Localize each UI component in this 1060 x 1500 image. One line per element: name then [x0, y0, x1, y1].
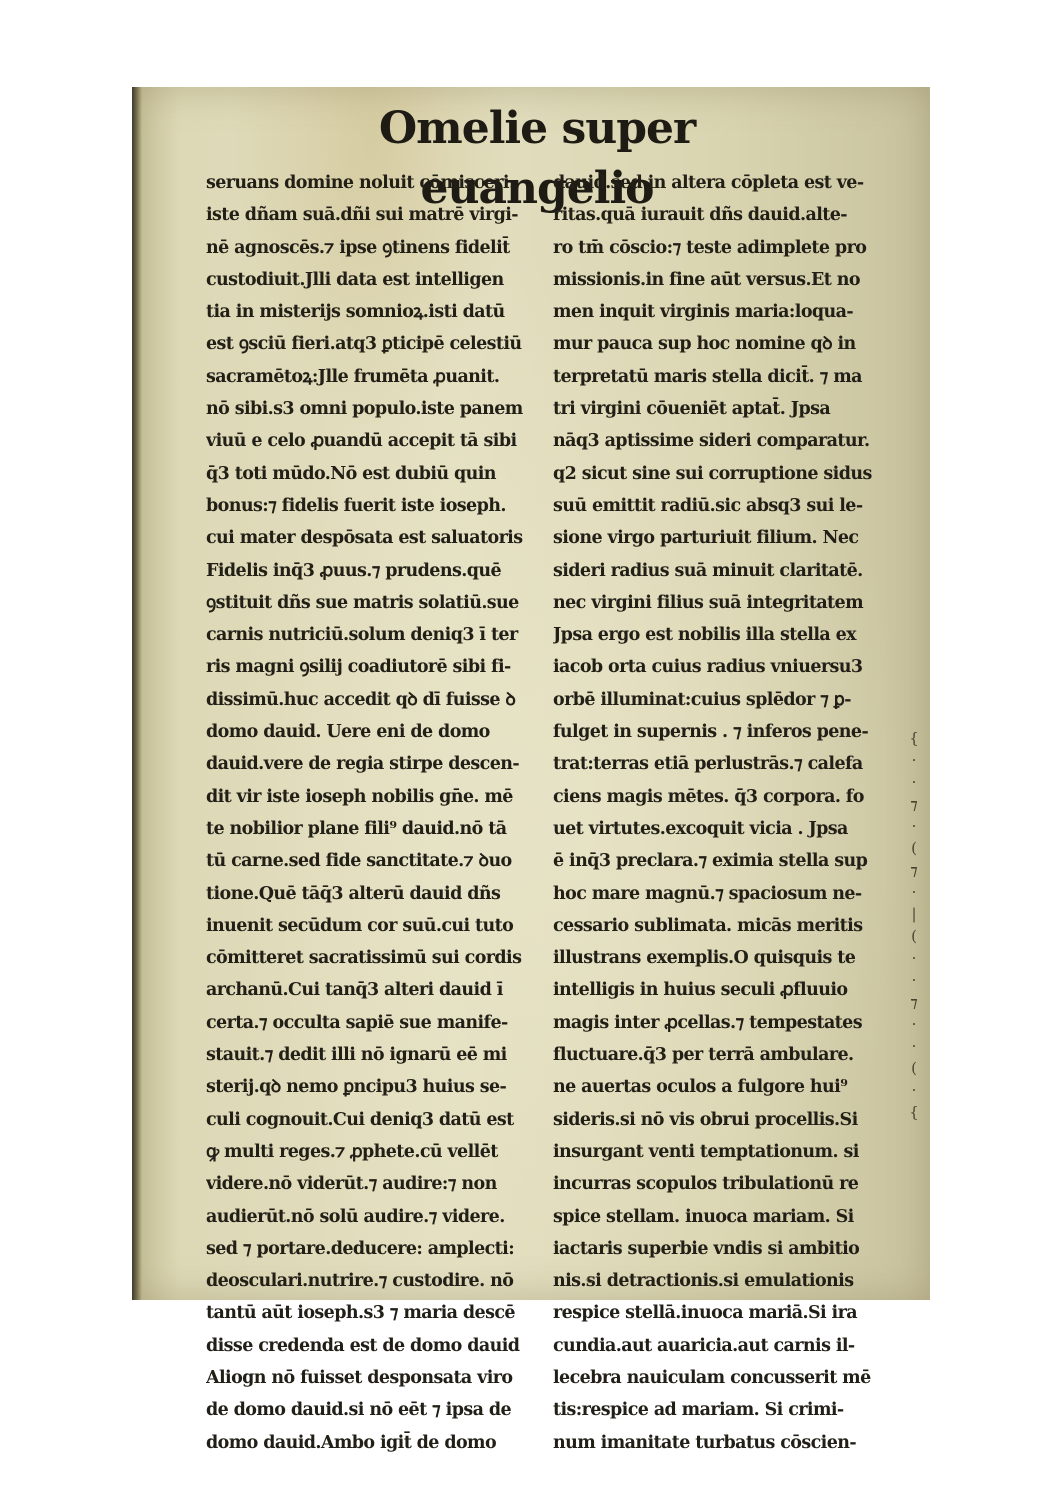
text-line: incurras scopulos tribulationū re: [553, 1168, 888, 1200]
margin-mark: ·: [908, 771, 920, 793]
text-line: orbē illuminat:cuius splēdor ⁊ ꝑ-: [553, 684, 888, 716]
text-line: respice stellā.inuoca mariā.Si ira: [553, 1297, 888, 1329]
text-line: cui mater despōsata est saluatoris: [206, 522, 546, 554]
margin-annotations: {··⁊·(⁊·|(··⁊··(·{: [908, 727, 920, 1127]
text-line: tri virgini cōueniēt aptat̄. Jpsa: [553, 393, 888, 425]
text-line: seruans domine noluit cōmisceri.: [206, 167, 546, 199]
text-line: cundia.aut auaricia.aut carnis il-: [553, 1330, 888, 1362]
text-line: bonus:⁊ fidelis fuerit iste ioseph.: [206, 490, 546, 522]
text-line: sione virgo parturiuit filium. Nec: [553, 522, 888, 554]
text-line: certa.⁊ occulta sapiē sue manife-: [206, 1007, 546, 1039]
text-line: insurgant venti temptationum. si: [553, 1136, 888, 1168]
text-line: tis:respice ad mariam. Si crimi-: [553, 1394, 888, 1426]
text-line: tantū aūt ioseph.s3 ⁊ maria descē: [206, 1297, 546, 1329]
text-line: hoc mare magnū.⁊ spaciosum ne-: [553, 878, 888, 910]
text-line: magis inter ꝓcellas.⁊ tempestates: [553, 1007, 888, 1039]
text-line: culi cognouit.Cui deniq3 datū est: [206, 1104, 546, 1136]
text-line: viuū e celo ꝓuandū accepit tā sibi: [206, 425, 546, 457]
margin-mark: (: [908, 1057, 920, 1079]
text-line: ciens magis mētes. q̄3 corpora. fo: [553, 781, 888, 813]
text-line: missionis.in fine aūt versus.Et no: [553, 264, 888, 296]
text-line: est ꝯsciū fieri.atq3 ꝑticipē celestiū: [206, 328, 546, 360]
text-line: Jpsa ergo est nobilis illa stella ex: [553, 619, 888, 651]
text-line: domo dauid.Ambo igit̄ de domo: [206, 1427, 546, 1459]
text-line: q2 sicut sine sui corruptione sidus: [553, 458, 888, 490]
text-line: nō sibi.s3 omni populo.iste panem: [206, 393, 546, 425]
margin-mark: |: [908, 903, 920, 925]
footer-mark: c: [586, 1272, 593, 1287]
text-line: nāq3 aptissime sideri comparatur.: [553, 425, 888, 457]
margin-mark: (: [908, 925, 920, 947]
margin-mark: ·: [908, 947, 920, 969]
margin-mark: ·: [908, 969, 920, 991]
text-line: illustrans exemplis.O quisquis te: [553, 942, 888, 974]
text-line: te nobilior plane fili⁹ dauid.nō tā: [206, 813, 546, 845]
text-line: sed ⁊ portare.deducere: amplecti:: [206, 1233, 546, 1265]
text-line: ritas.quā iurauit dñs dauid.alte-: [553, 199, 888, 231]
text-line: iste dñam suā.dñi sui matrē virgi-: [206, 199, 546, 231]
text-line: mur pauca sup hoc nomine qꝺ in: [553, 328, 888, 360]
text-line: de domo dauid.si nō eēt ⁊ ipsa de: [206, 1394, 546, 1426]
text-line: sideris.si nō vis obrui procellis.Si: [553, 1104, 888, 1136]
text-line: Fidelis inq̄3 ꝓuus.⁊ prudens.quē: [206, 555, 546, 587]
text-line: dit vir iste ioseph nobilis gn̄e. mē: [206, 781, 546, 813]
page-spine-edge: [132, 87, 142, 1300]
text-line: dauid.sed in altera cōpleta est ve-: [553, 167, 888, 199]
text-line: lecebra nauiculam concusserit mē: [553, 1362, 888, 1394]
scanned-page: Omelie super euangelio seruans domine no…: [132, 87, 930, 1300]
margin-mark: ·: [908, 1013, 920, 1035]
margin-mark: ⁊: [908, 859, 920, 881]
text-line: deosculari.nutrire.⁊ custodire. nō: [206, 1265, 546, 1297]
text-line: cessario sublimata. micās meritis: [553, 910, 888, 942]
text-line: videre.nō viderūt.⁊ audire:⁊ non: [206, 1168, 546, 1200]
text-line: ꝯstituit dñs sue matris solatiū.sue: [206, 587, 546, 619]
margin-mark: {: [908, 1101, 920, 1123]
margin-mark: {: [908, 727, 920, 749]
margin-mark: ·: [908, 749, 920, 771]
margin-mark: ·: [908, 815, 920, 837]
text-line: nē agnoscēs.⁊ ipse ꝯtinens fidelit̄: [206, 232, 546, 264]
text-line: dauid.vere de regia stirpe descen-: [206, 748, 546, 780]
text-line: trat:terras etiā perlustrās.⁊ calefa: [553, 748, 888, 780]
text-line: custodiuit.Jlli data est intelligen: [206, 264, 546, 296]
text-line: dissimū.huc accedit qꝺ dī fuisse ꝺ: [206, 684, 546, 716]
text-line: Aliogn nō fuisset desponsata viro: [206, 1362, 546, 1394]
margin-mark: ·: [908, 881, 920, 903]
text-line: ris magni ꝯsilij coadiutorē sibi fi-: [206, 651, 546, 683]
margin-mark: ⁊: [908, 991, 920, 1013]
text-line: sacramētoꝝ:Jlle frumēta ꝓuanit.: [206, 361, 546, 393]
text-line: archanū.Cui tanq̄3 alteri dauid ī: [206, 974, 546, 1006]
text-line: sterij.qꝺ nemo ꝑncipu3 huius se-: [206, 1071, 546, 1103]
text-line: tione.Quē tāq̄3 alterū dauid dñs: [206, 878, 546, 910]
text-line: tia in misterijs somnioꝝ.isti datū: [206, 296, 546, 328]
margin-mark: ·: [908, 1035, 920, 1057]
text-line: num imanitate turbatus cōscien-: [553, 1427, 888, 1459]
text-line: domo dauid. Uere eni de domo: [206, 716, 546, 748]
text-line: inuenit secūdum cor suū.cui tuto: [206, 910, 546, 942]
margin-mark: ·: [908, 1079, 920, 1101]
text-line: uet virtutes.excoquit vicia . Jpsa: [553, 813, 888, 845]
text-line: disse credenda est de domo dauid: [206, 1330, 546, 1362]
text-line: nec virgini filius suā integritatem: [553, 587, 888, 619]
text-line: ne auertas oculos a fulgore hui⁹: [553, 1071, 888, 1103]
text-line: iactaris superbie vndis si ambitio: [553, 1233, 888, 1265]
text-line: fluctuare.q̄3 per terrā ambulare.: [553, 1039, 888, 1071]
text-line: iacob orta cuius radius vniuersu3: [553, 651, 888, 683]
text-line: tū carne.sed fide sanctitate.⁊ ꝺuo: [206, 845, 546, 877]
text-line: ro tm̄ cōscio:⁊ teste adimplete pro: [553, 232, 888, 264]
text-line: sideri radius suā minuit claritatē.: [553, 555, 888, 587]
margin-mark: (: [908, 837, 920, 859]
text-line: q̄3 toti mūdo.Nō est dubiū quin: [206, 458, 546, 490]
text-line: intelligis in huius seculi ꝓfluuio: [553, 974, 888, 1006]
text-line: fulget in supernis . ⁊ inferos pene-: [553, 716, 888, 748]
text-line: men inquit virginis maria:loqua-: [553, 296, 888, 328]
margin-mark: ⁊: [908, 793, 920, 815]
text-line: terpretatū maris stella dicit̄. ⁊ ma: [553, 361, 888, 393]
text-line: ē inq̄3 preclara.⁊ eximia stella sup: [553, 845, 888, 877]
text-column-right: dauid.sed in altera cōpleta est ve-ritas…: [553, 167, 888, 1459]
text-line: ꝙ multi reges.⁊ ꝓphete.cū vellēt: [206, 1136, 546, 1168]
text-line: cōmitteret sacratissimū sui cordis: [206, 942, 546, 974]
text-line: stauit.⁊ dedit illi nō ignarū eē mi: [206, 1039, 546, 1071]
text-line: spice stellam. inuoca mariam. Si: [553, 1201, 888, 1233]
text-line: carnis nutriciū.solum deniq3 ī ter: [206, 619, 546, 651]
text-line: audierūt.nō solū audire.⁊ videre.: [206, 1201, 546, 1233]
text-column-left: seruans domine noluit cōmisceri.iste dña…: [206, 167, 546, 1459]
text-line: suū emittit radiū.sic absq3 sui le-: [553, 490, 888, 522]
text-line: nis.si detractionis.si emulationis: [553, 1265, 888, 1297]
